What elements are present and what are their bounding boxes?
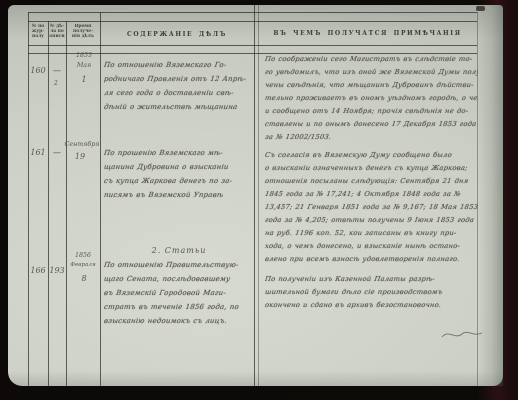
entry-case-note: 2 [54, 80, 58, 87]
handwritten-line: стратъ въ теченіе 1856 года, по [103, 300, 257, 314]
handwritten-line: го увѣдомилъ, что изъ оной же Вяземской … [264, 66, 479, 79]
handwritten-line: влено при всемъ взносѣ удовлетворенія по… [264, 253, 480, 266]
handwritten-line: дѣній о жительствѣ мѣщанина [103, 100, 257, 114]
center-fold-line [258, 5, 259, 386]
grid-line [100, 12, 101, 386]
handwritten-line: ставлены и по онымъ донесено 17 Декабря … [264, 118, 479, 131]
handwritten-line: щаго Сената, послѣдовавшему [103, 272, 257, 286]
ledger-page: № по жур- налу № дѣ- ла по описи Время п… [8, 5, 503, 386]
entry-number: 166 [28, 266, 48, 275]
handwritten-line: отношенія посыланы слѣдующія: Сентября 2… [264, 175, 480, 188]
handwritten-line: года за № 4,205; отвѣты получены 9 Іюня … [264, 214, 480, 227]
handwritten-line: По соображеніи сего Магистратъ въ слѣдст… [264, 53, 479, 66]
entry-content: По отношенію Правительствую- щаго Сената… [103, 258, 255, 328]
handwritten-line: 13,457; 21 Генваря 1851 года за № 9,167;… [264, 201, 480, 214]
grid-line [48, 21, 49, 386]
entry-content: По отношенію Вяземскаго Го- родничаго Пр… [103, 58, 255, 114]
flourish-mark [440, 327, 484, 346]
photo-background: № по жур- налу № дѣ- ла по описи Время п… [0, 0, 518, 400]
handwritten-line: хода, о чемъ донесено, и взысканіе нынѣ … [264, 240, 480, 253]
handwritten-line: По отношенію Правительствую- [103, 258, 257, 272]
handwritten-line: щанина Дубровина о взысканіи [103, 160, 257, 174]
handwritten-line: Съ согласія въ Вяземскую Думу сообщено б… [264, 149, 480, 162]
entry-resolution: По полученіи изъ Казенной Палаты разрѣ- … [264, 273, 478, 312]
handwritten-line: тельно проживаетъ въ ономъ уѣздномъ горо… [264, 92, 479, 105]
grid-line [28, 12, 477, 13]
column-header-content: СОДЕРЖАНІЕ ДѢЛЪ [100, 31, 254, 38]
handwritten-line: въ Вяземскій Городовой Маги- [103, 286, 257, 300]
grid-line [28, 45, 477, 46]
entry-resolution: Съ согласія въ Вяземскую Думу сообщено б… [264, 149, 478, 266]
handwritten-line: о взысканіи означенныхъ денегъ съ купца … [264, 162, 480, 175]
handwritten-line: взысканію недоимокъ съ лицъ. [103, 314, 257, 328]
entry-case-number: — [49, 66, 65, 75]
entry-month: Сентября [62, 141, 102, 148]
handwritten-line: и сообщено отъ 14 Ноября; прочія свѣдѣні… [264, 105, 479, 118]
entry-day: 19 [70, 152, 90, 161]
handwritten-line: По отношенію Вяземскаго Го- [103, 58, 257, 72]
handwritten-line: 1845 года за № 17,241; 4 Октября 1848 го… [264, 188, 480, 201]
grid-line [28, 21, 477, 22]
grid-line [66, 21, 67, 386]
entry-day: 8 [74, 274, 94, 283]
entry-month: Февраля [64, 262, 102, 268]
handwritten-line: По полученіи изъ Казенной Палаты разрѣ- [264, 273, 480, 286]
handwritten-line: писямъ въ Вяземской Управѣ [103, 188, 257, 202]
column-header-resolution: ВЪ ЧЕМЪ ПОЛУЧАТСЯ ПРИМѢЧАНІЯ [258, 30, 477, 37]
handwritten-line: родничаго Правленія отъ 12 Апрѣ- [103, 72, 257, 86]
handwritten-line: съ купца Жаркова денегъ по за- [103, 174, 257, 188]
entry-resolution: По соображеніи сего Магистратъ въ слѣдст… [264, 53, 477, 144]
handwritten-line: за № 12002/1503. [264, 131, 479, 144]
entry-number: 161 [28, 148, 48, 157]
entry-case-number: — [49, 148, 65, 157]
handwritten-line: шительной бумаги дѣло сіе производствомъ [264, 286, 480, 299]
handwritten-line: ля сего года о доставленіи свѣ- [103, 86, 257, 100]
handwritten-line: По прошенію Вяземскаго мѣ- [103, 146, 257, 160]
column-header-case: № дѣ- ла по описи [48, 24, 66, 40]
column-header-date: Время получе- нія дѣлъ [66, 24, 100, 40]
entry-number: 160 [28, 66, 48, 75]
entry-month: Мая [68, 62, 100, 69]
handwritten-line: на руб. 1196 коп. 52, кои записаны въ кн… [264, 227, 480, 240]
section-heading: 2. Статьи [103, 246, 255, 255]
entry-day: 1 [74, 75, 94, 84]
page-number-ink-mark [476, 6, 485, 11]
entry-year: 1856 [66, 252, 100, 259]
entry-content: По прошенію Вяземскаго мѣ- щанина Дубров… [103, 146, 255, 202]
entry-year: 1853 [68, 52, 100, 59]
handwritten-line: чены свѣдѣнія, что мѣщанинъ Дубровинъ дѣ… [264, 79, 479, 92]
column-header-no: № по жур- налу [28, 24, 48, 40]
handwritten-line: окончено и сдано въ архивъ безостановочн… [264, 299, 480, 312]
